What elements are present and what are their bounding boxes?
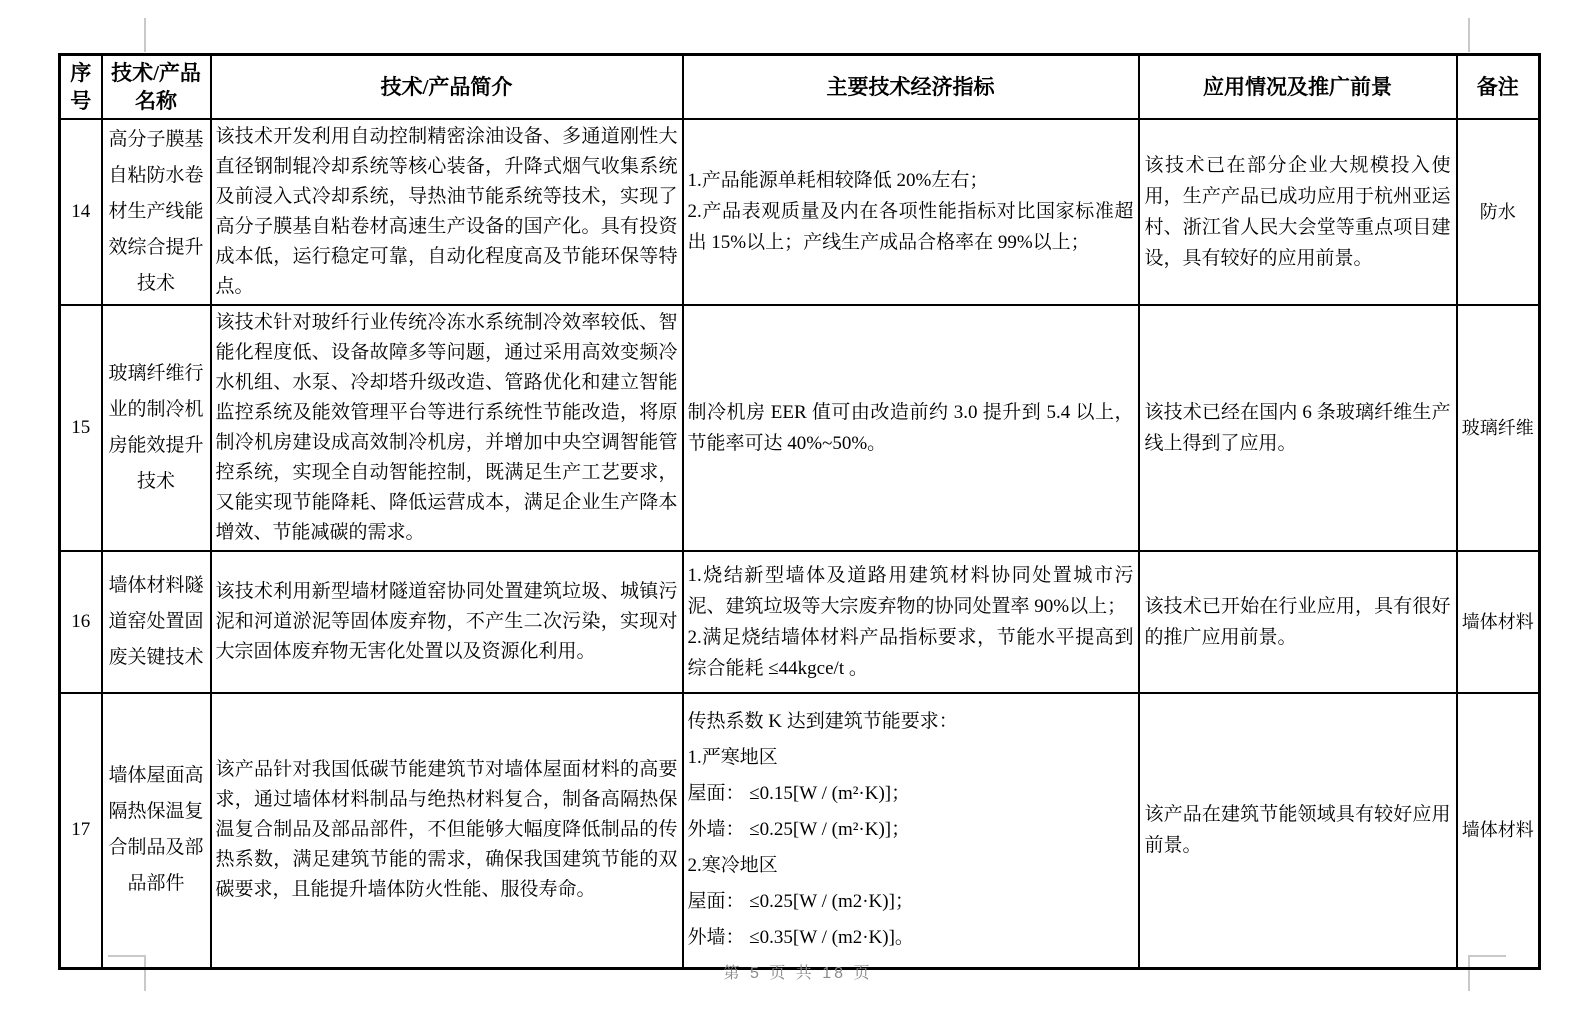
table-row: 15 玻璃纤维行业的制冷机房能效提升技术 该技术针对玻纤行业传统冷冻水系统制冷效… <box>60 305 1540 551</box>
header-remark: 备注 <box>1457 55 1540 119</box>
row-17-remark: 墙体材料 <box>1457 693 1540 969</box>
row-17-no: 17 <box>60 693 102 969</box>
row-16-indicators: 1.烧结新型墙体及道路用建筑材料协同处置城市污泥、建筑垃圾等大宗废弃物的协同处置… <box>683 551 1139 693</box>
table-row: 17 墙体屋面高隔热保温复合制品及部品部件 该产品针对我国低碳节能建筑节对墙体屋… <box>60 693 1540 969</box>
row-14-remark: 防水 <box>1457 119 1540 305</box>
row-15-remark: 玻璃纤维 <box>1457 305 1540 551</box>
row-14-indicators: 1.产品能源单耗相较降低 20%左右； 2.产品表观质量及内在各项性能指标对比国… <box>683 119 1139 305</box>
crop-mark-top-left <box>144 18 146 52</box>
row-15-name: 玻璃纤维行业的制冷机房能效提升技术 <box>102 305 211 551</box>
row-16-application: 该技术已开始在行业应用，具有很好的推广应用前景。 <box>1139 551 1457 693</box>
row-17-name: 墙体屋面高隔热保温复合制品及部品部件 <box>102 693 211 969</box>
row-14-intro: 该技术开发利用自动控制精密涂油设备、多通道刚性大直径钢制辊冷却系统等核心装备，升… <box>211 119 683 305</box>
row-15-application: 该技术已经在国内 6 条玻璃纤维生产线上得到了应用。 <box>1139 305 1457 551</box>
table-row: 14 高分子膜基自粘防水卷材生产线能效综合提升技术 该技术开发利用自动控制精密涂… <box>60 119 1540 305</box>
table-row: 16 墙体材料隧道窑处置固废关键技术 该技术利用新型墙材隧道窑协同处置建筑垃圾、… <box>60 551 1540 693</box>
row-15-no: 15 <box>60 305 102 551</box>
header-indicators: 主要技术经济指标 <box>683 55 1139 119</box>
row-15-intro: 该技术针对玻纤行业传统冷冻水系统制冷效率较低、智能化程度低、设备故障多等问题，通… <box>211 305 683 551</box>
header-application: 应用情况及推广前景 <box>1139 55 1457 119</box>
row-17-application: 该产品在建筑节能领域具有较好应用前景。 <box>1139 693 1457 969</box>
row-17-indicators: 传热系数 K 达到建筑节能要求： 1.严寒地区 屋面： ≤0.15[W / (m… <box>683 693 1139 969</box>
row-17-intro: 该产品针对我国低碳节能建筑节对墙体屋面材料的高要求，通过墙体材料制品与绝热材料复… <box>211 693 683 969</box>
row-15-indicators: 制冷机房 EER 值可由改造前约 3.0 提升到 5.4 以上，节能率可达 40… <box>683 305 1139 551</box>
row-16-no: 16 <box>60 551 102 693</box>
technology-table: 序号 技术/产品名称 技术/产品简介 主要技术经济指标 应用情况及推广前景 备注… <box>58 53 1541 970</box>
row-14-no: 14 <box>60 119 102 305</box>
header-intro: 技术/产品简介 <box>211 55 683 119</box>
row-14-application: 该技术已在部分企业大规模投入使用，生产产品已成功应用于杭州亚运村、浙江省人民大会… <box>1139 119 1457 305</box>
table-header-row: 序号 技术/产品名称 技术/产品简介 主要技术经济指标 应用情况及推广前景 备注 <box>60 55 1540 119</box>
header-name: 技术/产品名称 <box>102 55 211 119</box>
row-16-remark: 墙体材料 <box>1457 551 1540 693</box>
crop-mark-top-right <box>1468 18 1470 52</box>
page-number: 第 5 页 共 18 页 <box>58 960 1538 983</box>
row-14-name: 高分子膜基自粘防水卷材生产线能效综合提升技术 <box>102 119 211 305</box>
row-16-name: 墙体材料隧道窑处置固废关键技术 <box>102 551 211 693</box>
header-no: 序号 <box>60 55 102 119</box>
row-16-intro: 该技术利用新型墙材隧道窑协同处置建筑垃圾、城镇污泥和河道淤泥等固体废弃物，不产生… <box>211 551 683 693</box>
